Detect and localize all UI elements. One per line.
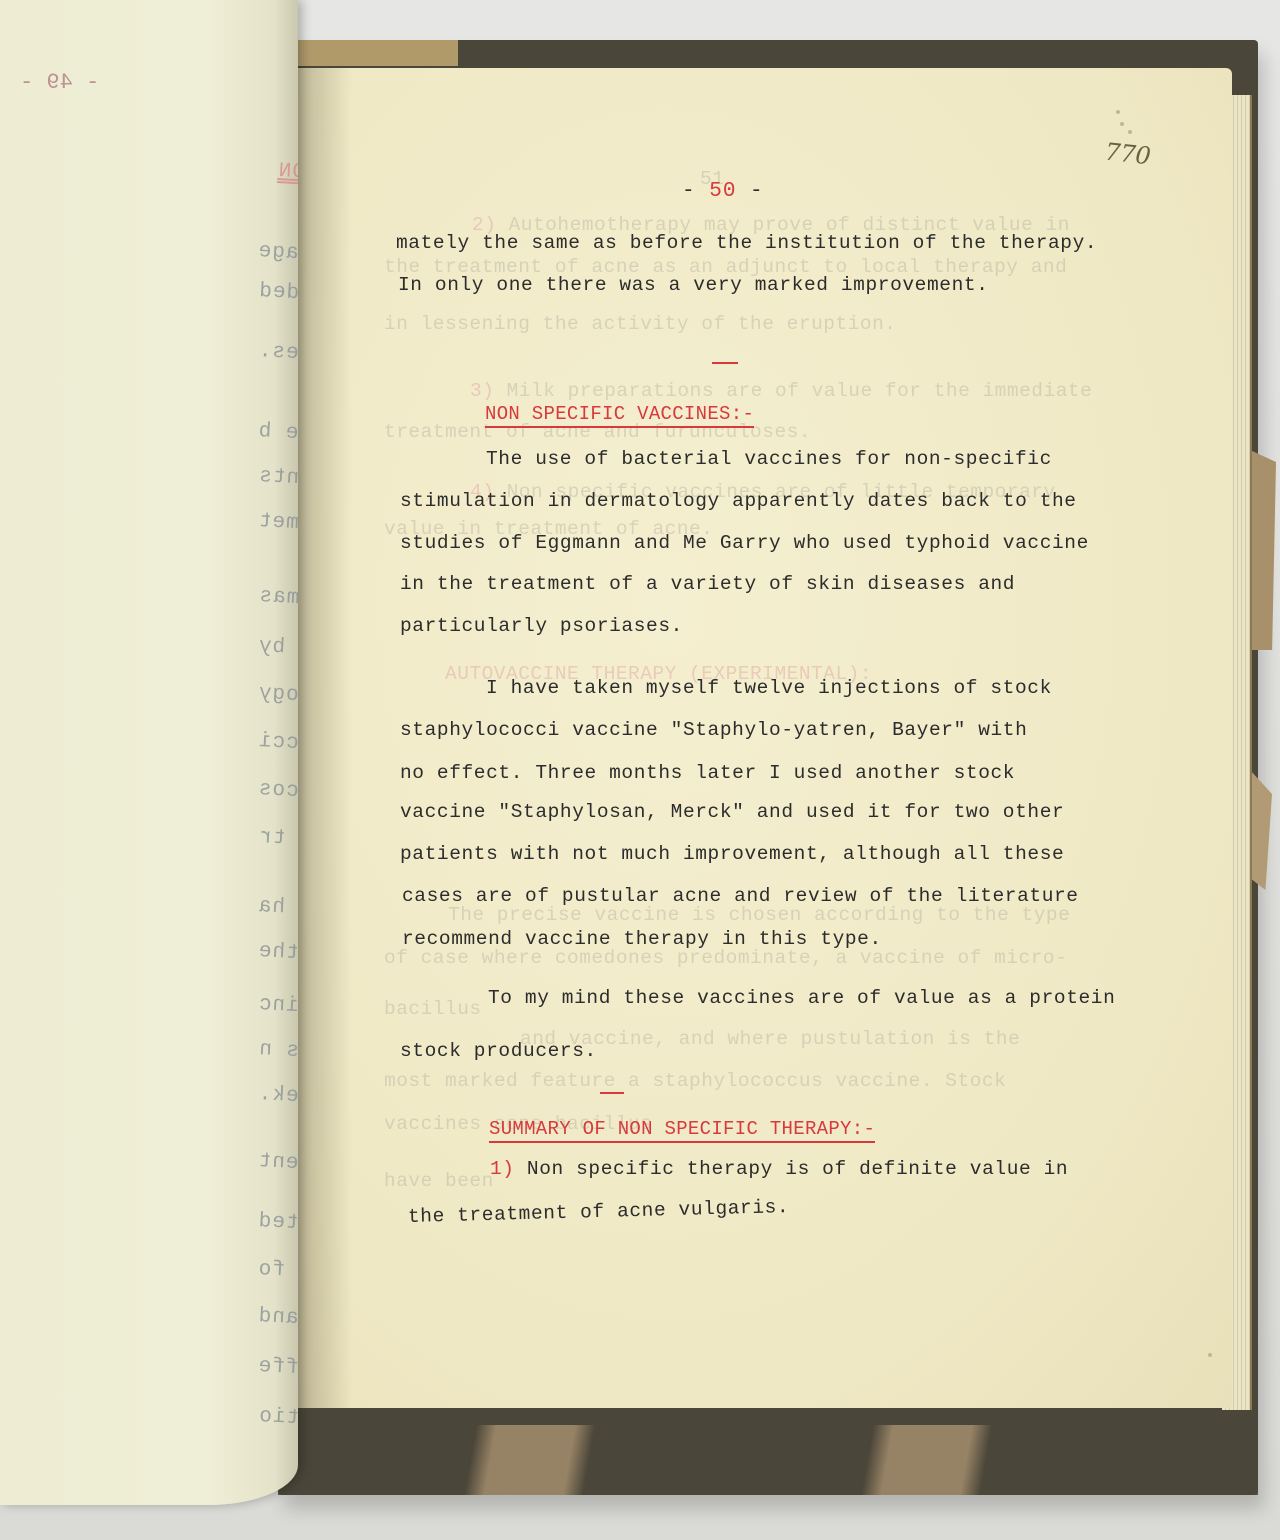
- body-line: mately the same as before the institutio…: [396, 232, 1097, 254]
- left-page-line: serum have been recommended: [257, 280, 298, 322]
- left-page: - 49 - MILK PROTEINS AND NON Many non-sp…: [0, 0, 298, 1505]
- cover-wear-bottom: [278, 1425, 1258, 1495]
- left-page-line: innumerable dermatoses.: [257, 340, 298, 379]
- body-line: patients with not much improvement, alth…: [400, 843, 1064, 865]
- show-through-text: Milk preparations are of value for the i…: [507, 380, 1093, 402]
- left-page-line: employed it in staphylococci: [257, 730, 298, 773]
- punch-hole: [1128, 130, 1132, 134]
- page-number: - 50 -: [682, 180, 764, 203]
- summary-item-text: Non specific therapy is of definite valu…: [527, 1158, 1068, 1180]
- handwritten-folio-number: 770: [1104, 138, 1152, 171]
- body-line: cases are of pustular acne and review of…: [402, 885, 1079, 907]
- body-line: no effect. Three months later I used ano…: [400, 762, 1015, 784]
- body-line: stock producers.: [400, 1040, 597, 1062]
- gutter-shadow: [292, 68, 352, 1408]
- show-through-line: of case where comedones predominate, a v…: [384, 947, 1067, 969]
- left-page-line: MILK:- The intramas: [257, 585, 298, 621]
- page-number-dash: -: [682, 180, 696, 203]
- summary-item-number: 1): [490, 1158, 515, 1180]
- left-page-line: milk or various refinements: [257, 465, 298, 507]
- body-line: in the treatment of a variety of skin di…: [400, 573, 1015, 595]
- section-heading-summary: SUMMARY OF NON SPECIFIC THERAPY:-: [489, 1118, 875, 1143]
- left-page-line: face and back, deep seated: [257, 1210, 298, 1251]
- summary-item: 1) Non specific therapy is of definite v…: [490, 1158, 1068, 1180]
- show-through-line: most marked feature a staphylococcus vac…: [384, 1070, 1006, 1092]
- left-page-line: after few days the conditio: [257, 1405, 298, 1447]
- body-line: To my mind these vaccines are of value a…: [488, 987, 1115, 1009]
- left-page-line: good results, but the effe: [257, 1355, 298, 1396]
- left-page-number: - 49 -: [20, 70, 99, 95]
- punch-hole: [1208, 1353, 1212, 1357]
- left-page-line: Dermatologists have b: [257, 420, 298, 458]
- cover-wear-top: [278, 40, 458, 66]
- punch-hole: [1116, 110, 1120, 114]
- page-number-value: 50: [709, 180, 736, 203]
- paper-tab: [1250, 450, 1276, 650]
- body-line: I have taken myself twelve injections of…: [486, 677, 1052, 699]
- left-page-line: until I reach 10 cc. This n: [257, 1038, 298, 1080]
- show-through-item-number: 3): [470, 380, 494, 402]
- left-page-line: twice a week.: [257, 1083, 298, 1115]
- left-page-line: and selected especially fo: [257, 1258, 298, 1299]
- punch-hole: [1120, 122, 1124, 126]
- page-number-dash: -: [750, 180, 764, 203]
- left-page-line: beginning with 3 cc. and inc: [257, 993, 298, 1036]
- body-line: In only one there was a very marked impr…: [398, 274, 989, 296]
- body-line: recommend vaccine therapy in this type.: [402, 928, 882, 950]
- show-through-line: in lessening the activity of the eruptio…: [384, 313, 896, 335]
- left-page-line: employed as non-specific met: [257, 510, 298, 553]
- show-through-line: The precise vaccine is chosen according …: [448, 904, 1070, 926]
- section-heading-non-specific-vaccines: NON SPECIFIC VACCINES:-: [485, 403, 754, 428]
- section-divider: [600, 1092, 624, 1094]
- left-page-mirrored-text: - 49 - MILK PROTEINS AND NON Many non-sp…: [0, 0, 298, 1505]
- body-line: studies of Eggmann and Me Garry who used…: [400, 532, 1089, 554]
- body-line: The use of bacterial vaccines for non-sp…: [486, 448, 1052, 470]
- body-line: stimulation in dermatology apparently da…: [400, 490, 1077, 512]
- body-line: particularly psoriases.: [400, 615, 683, 637]
- show-through-line: 3) Milk preparations are of value for th…: [470, 380, 1092, 402]
- left-page-line: had had six injections and: [257, 1305, 298, 1346]
- show-through-line: have been: [384, 1170, 494, 1192]
- left-page-line: the named injection were tr: [257, 826, 298, 868]
- body-line: vaccine "Staphylosan, Merck" and used it…: [400, 801, 1064, 823]
- left-page-line: In my experiment I ha: [257, 895, 298, 933]
- left-page-line: his first use in dermatology: [257, 682, 298, 725]
- left-page-line: given intramuscularly in the: [257, 940, 298, 983]
- left-page-line: The number of patient: [257, 1150, 298, 1188]
- left-page-heading: MILK PROTEINS AND NON: [277, 160, 298, 198]
- left-page-line: Many non-specific age: [257, 240, 298, 278]
- left-page-line: introduced by Schmidt and by: [257, 635, 298, 678]
- body-line: staphylococci vaccine "Staphylo-yatren, …: [400, 719, 1027, 741]
- show-through-line: bacillus: [384, 998, 482, 1020]
- section-divider: [712, 362, 738, 364]
- left-page-line: in psoriasis and actinomycos: [257, 778, 298, 821]
